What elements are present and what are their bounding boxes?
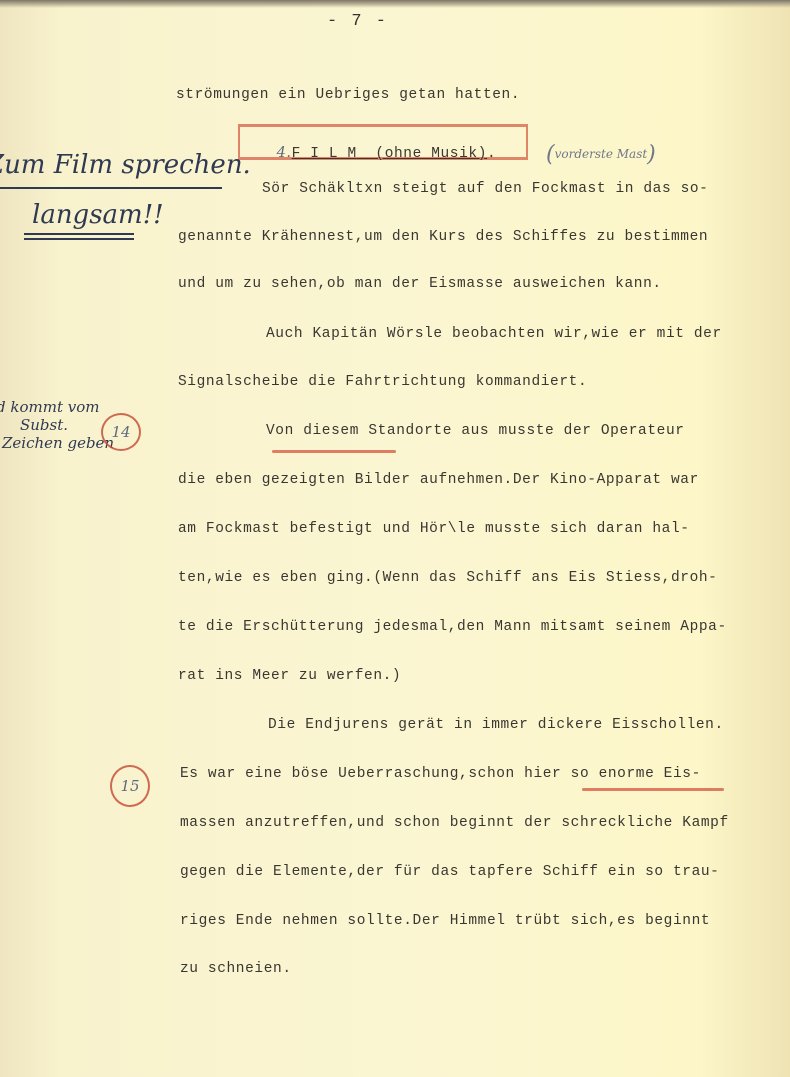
text-line: zu schneien. [180, 961, 292, 977]
text-line: am Fockmast befestigt und Hör\le musste … [178, 521, 690, 537]
text-line: strömungen ein Uebriges getan hatten. [176, 87, 520, 103]
page-number: - 7 - [327, 12, 388, 31]
text-line: massen anzutreffen,und schon beginnt der… [180, 815, 729, 831]
margin-note-zeichen: Zeichen geben [2, 434, 114, 452]
text-line: Auch Kapitän Wörsle beobachten wir,wie e… [266, 326, 722, 342]
text-line: rat ins Meer zu werfen.) [178, 668, 401, 684]
text-line: genannte Krähennest,um den Kurs des Schi… [178, 229, 708, 245]
text-line: Es war eine böse Ueberraschung,schon hie… [180, 766, 701, 782]
handwritten-underline [0, 187, 222, 189]
title-gap [357, 146, 376, 162]
text-line: Signalscheibe die Fahrtrichtung kommandi… [178, 374, 587, 390]
text-line: und um zu sehen,ob man der Eismasse ausw… [178, 276, 662, 292]
margin-note-film-sprechen: Zum Film sprechen. [0, 150, 251, 180]
text-line: ten,wie es eben ging.(Wenn das Schiff an… [178, 570, 717, 586]
margin-note-subst: Subst. [20, 416, 68, 434]
parenthetical-note: vorderste Mast [546, 142, 656, 167]
section-title: 4.F I L M (ohne Musik). [258, 129, 496, 162]
text-line: gegen die Elemente,der für das tapfere S… [180, 864, 719, 880]
margin-note-kommt: d kommt vom [0, 398, 99, 416]
text-line: Die Endjurens gerät in immer dickere Eis… [268, 717, 724, 733]
handwritten-underline [24, 233, 134, 235]
section-subtitle: (ohne Musik) [375, 146, 487, 162]
handwritten-underline [24, 238, 134, 240]
circle-mark-15: 15 [110, 765, 150, 807]
text-line: Sör Schäkltxn steigt auf den Fockmast in… [262, 181, 708, 197]
red-underline-mark [272, 450, 396, 453]
text-line: riges Ende nehmen sollte.Der Himmel trüb… [180, 913, 710, 929]
red-underline-mark [582, 788, 724, 791]
section-title-main: F I L M [292, 146, 357, 162]
circle-mark-14: 14 [101, 413, 141, 451]
text-line: te die Erschütterung jedesmal,den Mann m… [178, 619, 727, 635]
section-title-end: . [487, 146, 496, 162]
section-number: 4. [277, 145, 292, 161]
text-line: die eben gezeigten Bilder aufnehmen.Der … [178, 472, 699, 488]
scan-top-edge [0, 0, 790, 8]
text-line: Von diesem Standorte aus musste der Oper… [266, 423, 685, 439]
margin-note-langsam: langsam!! [32, 200, 164, 230]
